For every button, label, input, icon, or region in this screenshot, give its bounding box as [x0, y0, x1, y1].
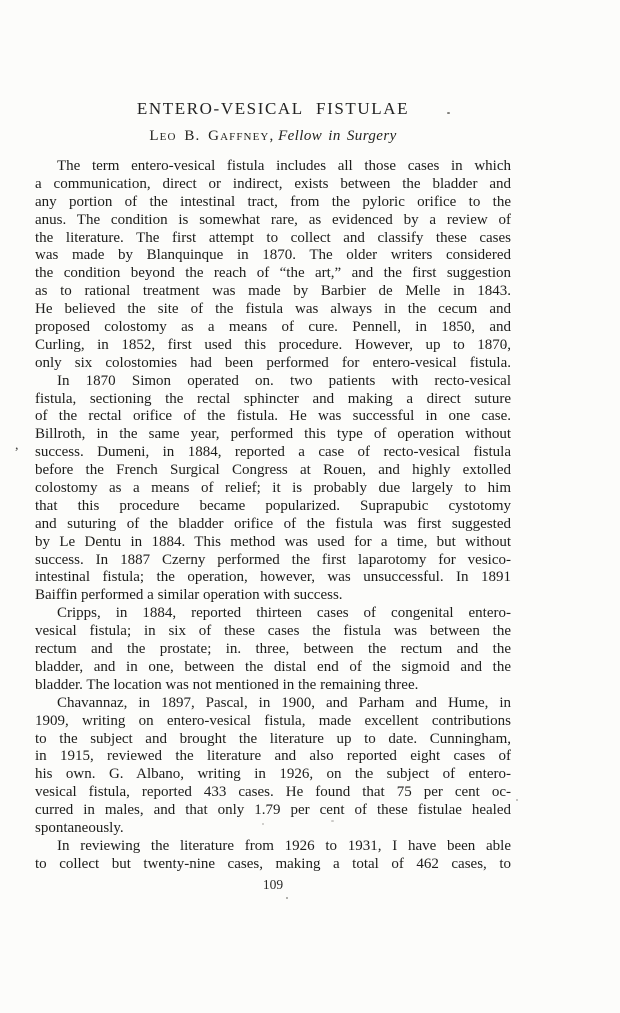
text-line: by Le Dentu in 1884. This method was use…	[35, 534, 511, 552]
text-line: his own. G. Albano, writing in 1926, on …	[35, 766, 511, 784]
text-line: was made by Blanquinque in 1870. The old…	[35, 247, 511, 265]
text-line: He believed the site of the fistula was …	[35, 301, 511, 319]
text-line: as to rational treatment was made by Bar…	[35, 283, 511, 301]
author-name: Leo B. Gaffney,	[149, 128, 274, 144]
author-role: Fellow in Surgery	[278, 128, 397, 144]
text-line: vesical fistula, reported 433 cases. He …	[35, 784, 511, 802]
text-line: Chavannaz, in 1897, Pascal, in 1900, and…	[35, 695, 511, 713]
paragraph: Chavannaz, in 1897, Pascal, in 1900, and…	[35, 695, 511, 838]
text-line: colostomy as a means of relief; it is pr…	[35, 480, 511, 498]
scan-speck	[286, 897, 288, 899]
paragraph: Cripps, in 1884, reported thirteen cases…	[35, 605, 511, 694]
scan-speck	[516, 799, 518, 801]
text-line: to collect but twenty-nine cases, making…	[35, 856, 511, 874]
scan-speck	[262, 823, 264, 825]
scan-speck	[331, 820, 334, 822]
text-line: curred in males, and that only 1.79 per …	[35, 802, 511, 820]
text-line: In reviewing the literature from 1926 to…	[35, 838, 511, 856]
page-title: ENTERO-VESICAL FISTULAE	[35, 99, 511, 119]
paragraph: In 1870 Simon operated on. two patients …	[35, 373, 511, 606]
text-line: any portion of the intestinal tract, fro…	[35, 194, 511, 212]
text-line: that this procedure became popularized. …	[35, 498, 511, 516]
margin-mark-artifact: ,	[15, 438, 19, 454]
text-line: Curling, in 1852, first used this proced…	[35, 337, 511, 355]
text-line: a communication, direct or indirect, exi…	[35, 176, 511, 194]
text-line: the literature. The first attempt to col…	[35, 230, 511, 248]
text-line: 1909, writing on entero-vesical fistula,…	[35, 713, 511, 731]
text-line: to the subject and brought the literatur…	[35, 731, 511, 749]
text-line: bladder, and in one, between the distal …	[35, 659, 511, 677]
text-line: The term entero-vesical fistula includes…	[35, 158, 511, 176]
text-line: only six colostomies had been performed …	[35, 355, 511, 373]
text-line: before the French Surgical Congress at R…	[35, 462, 511, 480]
text-line: the condition beyond the reach of “the a…	[35, 265, 511, 283]
text-line: proposed colostomy as a means of cure. P…	[35, 319, 511, 337]
text-line: Cripps, in 1884, reported thirteen cases…	[35, 605, 511, 623]
text-line: Baiffin performed a similar operation wi…	[35, 587, 511, 605]
text-line: in 1915, reviewed the literature and als…	[35, 748, 511, 766]
author-line: Leo B. Gaffney, Fellow in Surgery	[35, 128, 511, 145]
paragraph: The term entero-vesical fistula includes…	[35, 158, 511, 373]
text-line: Billroth, in the same year, performed th…	[35, 426, 511, 444]
text-line: bladder. The location was not mentioned …	[35, 677, 511, 695]
text-line: vesical fistula; in six of these cases t…	[35, 623, 511, 641]
scanned-paper-page: ENTERO-VESICAL FISTULAE Leo B. Gaffney, …	[0, 0, 620, 1013]
text-line: and suturing of the bladder orifice of t…	[35, 516, 511, 534]
text-line: spontaneously.	[35, 820, 511, 838]
text-line: rectum and the prostate; in. three, betw…	[35, 641, 511, 659]
page-number: 109	[35, 877, 511, 893]
text-line: fistula, sectioning the rectal sphincter…	[35, 391, 511, 409]
text-line: of the rectal orifice of the fistula. He…	[35, 408, 511, 426]
scan-speck	[447, 112, 450, 114]
paragraph: In reviewing the literature from 1926 to…	[35, 838, 511, 874]
text-line: In 1870 Simon operated on. two patients …	[35, 373, 511, 391]
body-text: The term entero-vesical fistula includes…	[35, 158, 511, 874]
text-line: success. In 1887 Czerny performed the fi…	[35, 552, 511, 570]
text-line: anus. The condition is somewhat rare, as…	[35, 212, 511, 230]
text-line: success. Dumeni, in 1884, reported a cas…	[35, 444, 511, 462]
scan-speck	[503, 344, 505, 346]
text-line: intestinal fistula; the operation, howev…	[35, 569, 511, 587]
